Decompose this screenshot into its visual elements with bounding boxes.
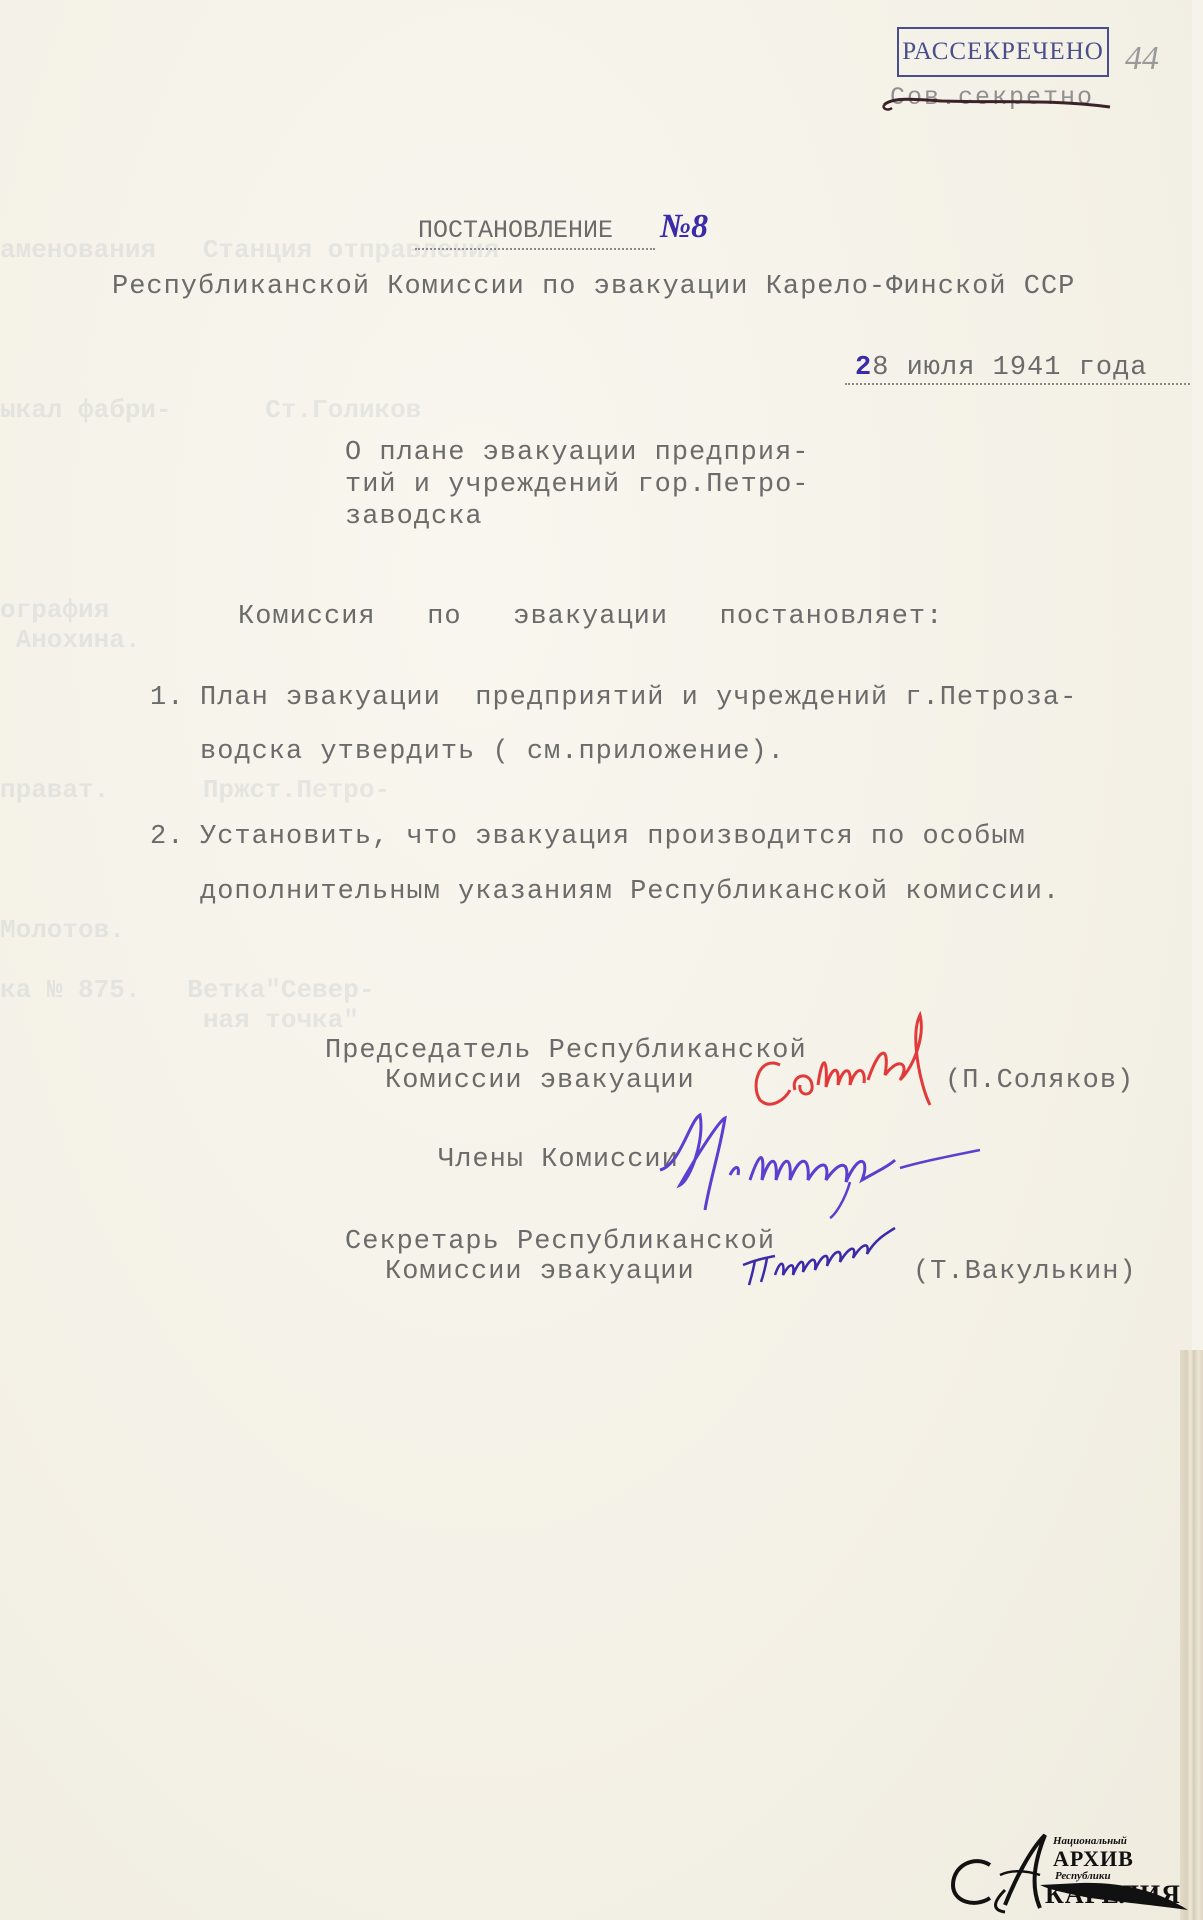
chairman-title-line-1: Председатель Республиканской	[325, 1036, 807, 1066]
date-underline	[845, 383, 1190, 385]
subject-line-3: заводска	[345, 502, 483, 532]
bleed-through-text: ыкал фабри- Ст.Голиков	[0, 395, 421, 425]
item-2-line-2: дополнительным указаниям Республиканской…	[200, 877, 1060, 907]
bleed-through-text: ография Анохина.	[0, 595, 140, 655]
archive-monogram-icon	[945, 1830, 1055, 1915]
subject-line-2: тий и учреждений гор.Петро-	[345, 470, 809, 500]
chairman-title-line-2: Комиссии эвакуации	[385, 1066, 695, 1096]
item-1-line-1: План эвакуации предприятий и учреждений …	[200, 683, 1077, 713]
members-signature	[650, 1110, 1070, 1220]
members-title: Члены Комиссии	[438, 1145, 679, 1175]
item-2-line-1: Установить, что эвакуация производится п…	[200, 822, 1026, 852]
subject-line-1: О плане эвакуации предприя-	[345, 438, 809, 468]
document-date: 28 июля 1941 года	[855, 353, 1147, 383]
item-1-line-2: водска утвердить ( см.приложение).	[200, 737, 785, 767]
secretary-title-line-1: Секретарь Республиканской	[345, 1227, 775, 1257]
secretary-signature	[735, 1220, 955, 1290]
quill-feather-icon	[1040, 1880, 1190, 1915]
chairman-name: (П.Соляков)	[945, 1066, 1134, 1096]
date-text: 8 июля 1941 года	[872, 353, 1147, 383]
chairman-signature	[740, 1005, 950, 1115]
bleed-through-text: Молотов.	[0, 915, 125, 945]
declassified-stamp: РАССЕКРЕЧЕНО	[897, 27, 1109, 77]
title-underline	[415, 248, 655, 250]
document-title: ПОСТАНОВЛЕНИЕ	[418, 216, 613, 245]
item-1-number: 1.	[150, 683, 184, 713]
resolution-number: №8	[660, 208, 708, 246]
item-2-number: 2.	[150, 822, 184, 852]
document-subtitle: Республиканской Комиссии по эвакуации Ка…	[112, 272, 1075, 302]
strikethrough-mark	[882, 93, 1112, 111]
secretary-title-line-2: Комиссии эвакуации	[385, 1257, 695, 1287]
sheet-number: 44	[1125, 40, 1159, 78]
archive-logo-line-2: АРХИВ	[1053, 1846, 1134, 1872]
date-day-handwritten: 2	[855, 353, 872, 383]
bleed-through-text: ка № 875. Ветка"Север- ная точка"	[0, 975, 374, 1035]
bleed-through-text: прават. Пржст.Петро-	[0, 775, 390, 805]
preamble-text: Комиссия по эвакуации постановляет:	[238, 602, 943, 632]
